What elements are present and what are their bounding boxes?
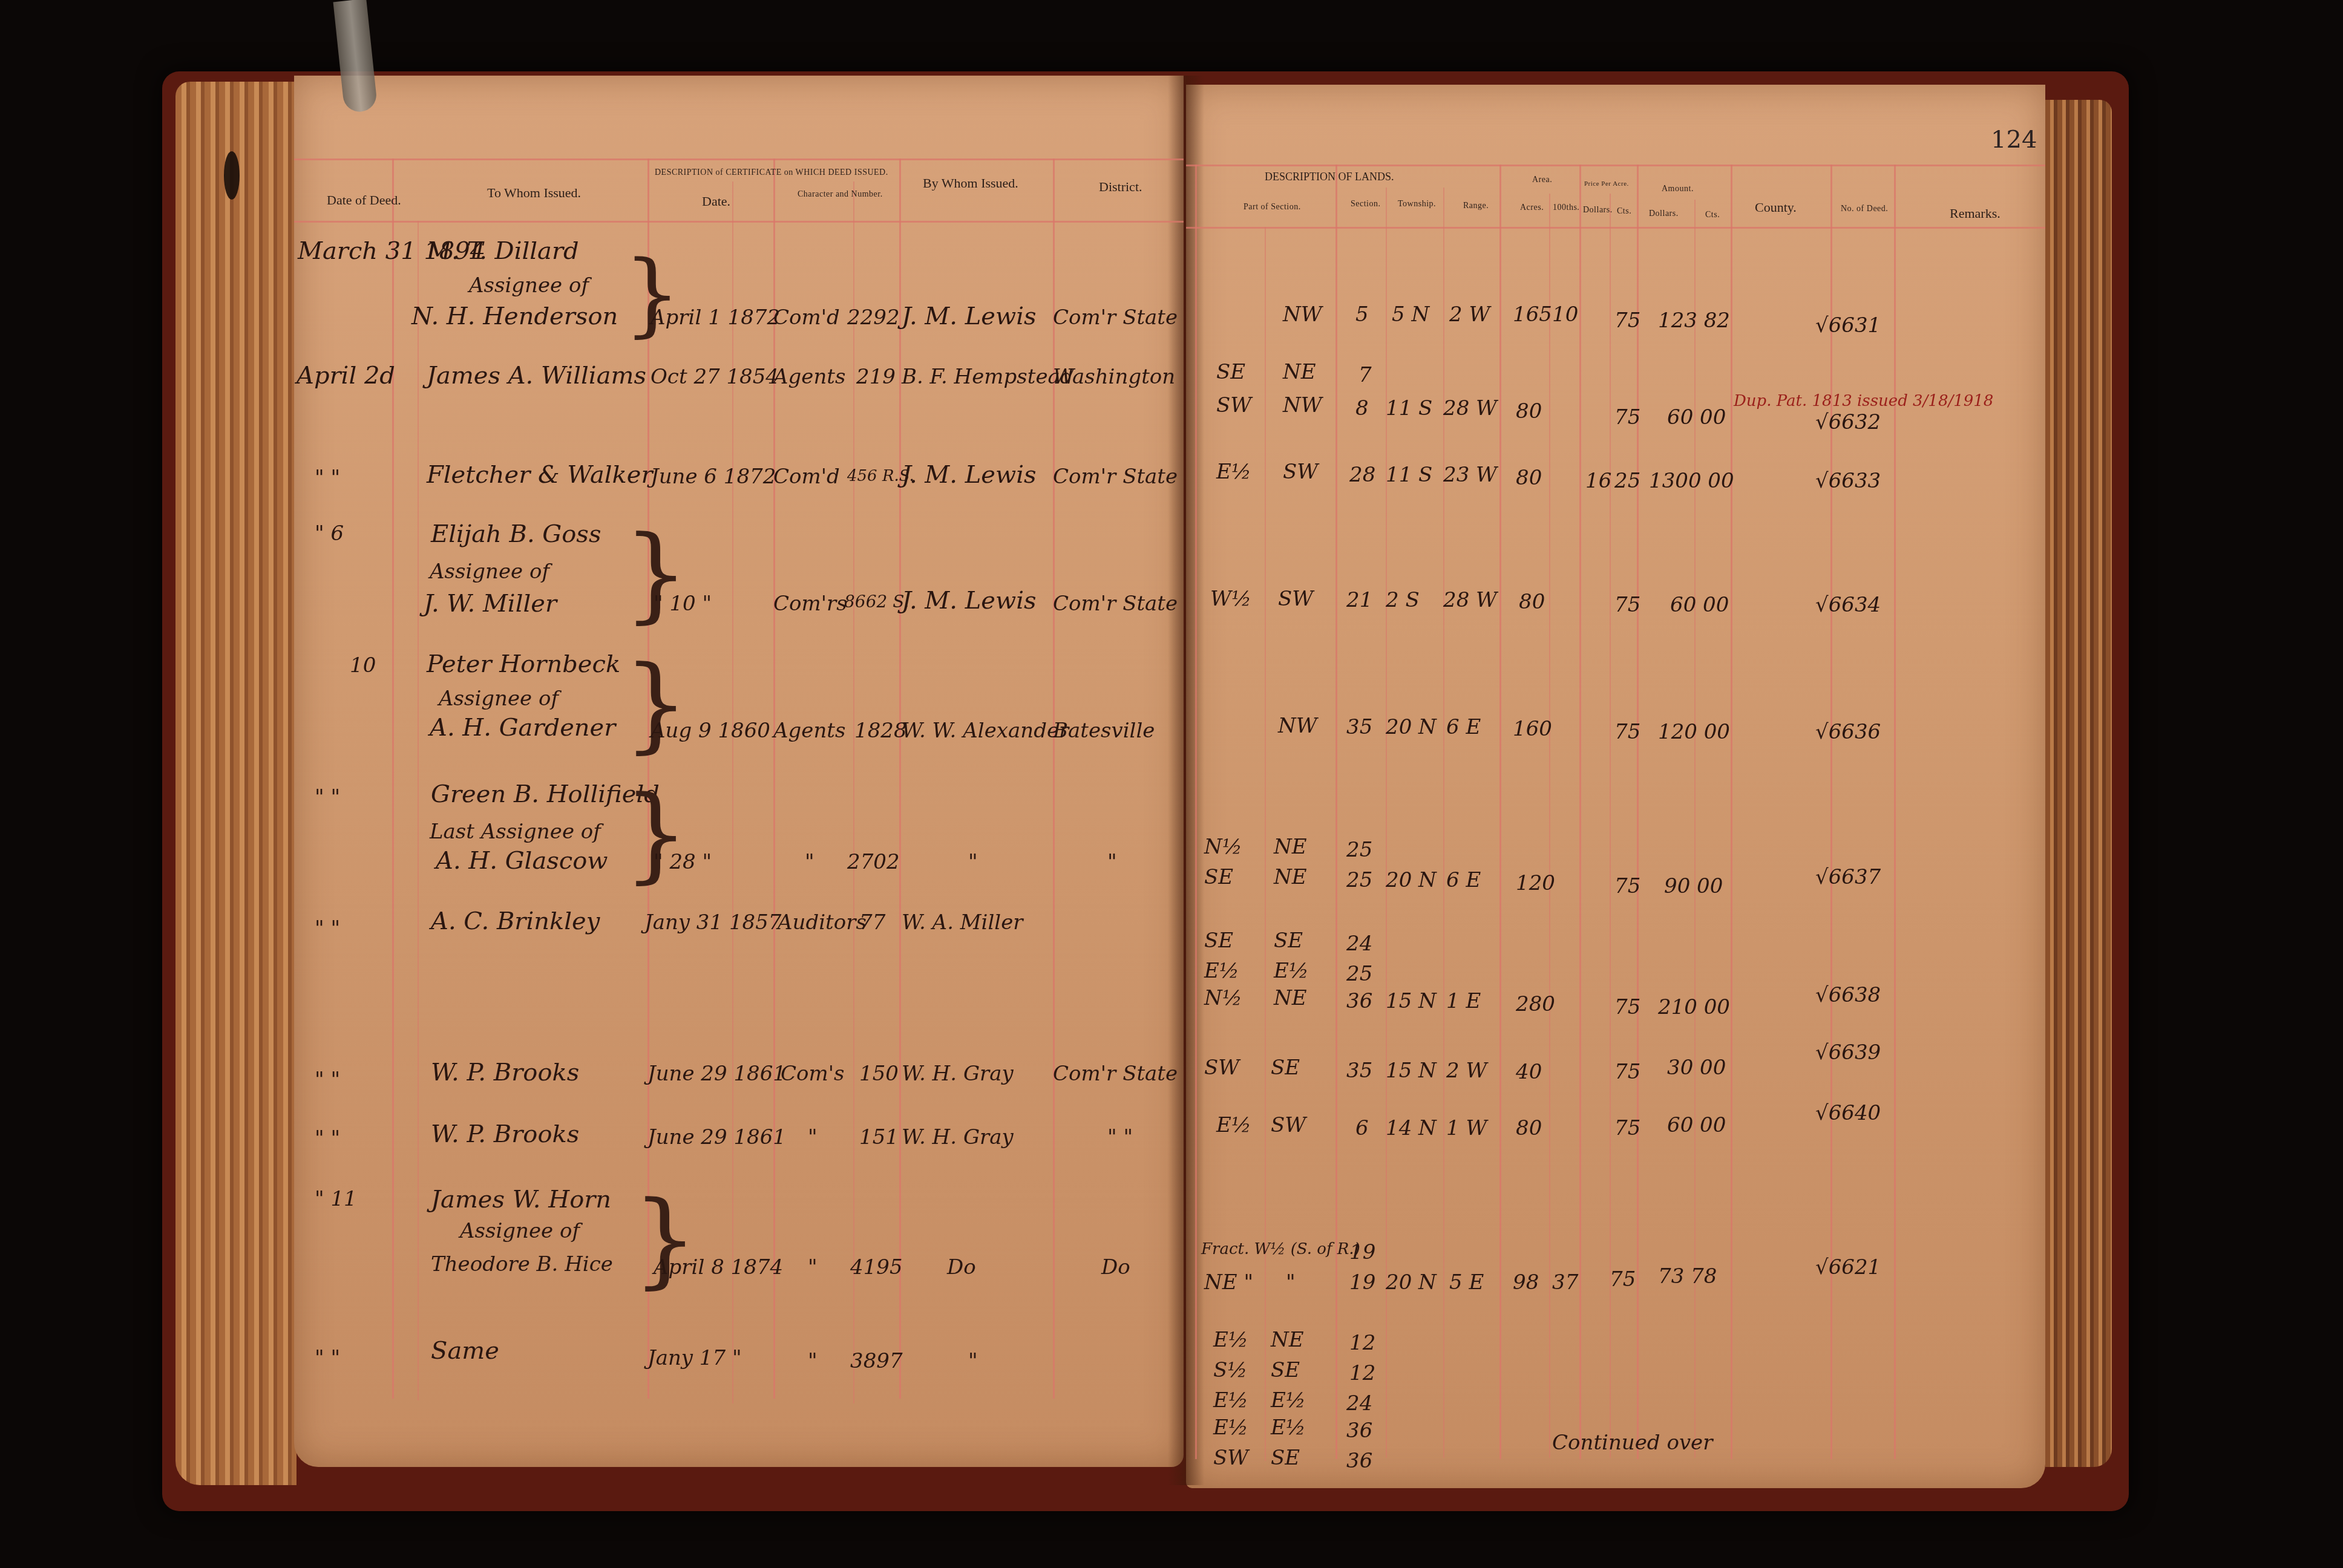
entry-district: Com'r State <box>1053 592 1178 616</box>
land-quarter: SW <box>1278 587 1313 611</box>
entry-district: Com'r State <box>1053 1062 1178 1086</box>
land-quarter: NE <box>1274 835 1307 859</box>
entry-grantee: Elijah B. Goss <box>431 520 601 548</box>
header-character-number: Character and Number. <box>798 190 883 200</box>
land-quarter: " <box>1286 1270 1296 1295</box>
entry-number: 219 <box>856 365 896 389</box>
entry-date-of-deed: " " <box>315 466 340 490</box>
header-to-whom-issued: To Whom Issued. <box>487 185 581 201</box>
entry-date-of-deed: " " <box>315 1346 340 1370</box>
land-part: SW <box>1213 1446 1248 1470</box>
header-amount-cents: Cts. <box>1705 211 1720 220</box>
entry-cert-date: June 29 1861 <box>647 1062 786 1086</box>
header-remarks: Remarks. <box>1950 206 2001 221</box>
land-acres: 80 <box>1516 466 1542 490</box>
land-township: 2 S <box>1386 588 1420 612</box>
continued-note: Continued over <box>1552 1431 1712 1455</box>
land-range: 2 W <box>1446 1059 1487 1083</box>
land-acres: 165 <box>1513 302 1552 327</box>
land-quarter: NE <box>1283 360 1316 384</box>
amount: 90 00 <box>1664 874 1723 898</box>
price-cents: 75 <box>1610 1267 1636 1292</box>
land-section: 6 <box>1355 1116 1369 1140</box>
land-acres: 80 <box>1519 590 1545 614</box>
entry-issued-by: B. F. Hempstead <box>902 365 1073 389</box>
entry-cert-date: Jany 17 " <box>647 1346 742 1370</box>
land-acres: 120 <box>1516 871 1555 895</box>
header-district: District. <box>1099 179 1142 195</box>
header-bottom-rule <box>1186 227 2045 229</box>
land-section: 25 <box>1346 838 1372 862</box>
land-quarter: SE <box>1274 929 1303 953</box>
land-acres: 280 <box>1516 992 1555 1016</box>
entry-cert-date: June 6 1872 <box>650 465 776 489</box>
land-section: 12 <box>1349 1361 1375 1385</box>
entry-date-of-deed: 10 <box>350 653 376 678</box>
entry-district: Com'r State <box>1053 305 1178 330</box>
entry-number: 2702 <box>847 850 900 874</box>
col-rule <box>1335 165 1337 1459</box>
land-section: 35 <box>1346 715 1372 739</box>
land-part: NE " <box>1204 1270 1253 1295</box>
header-top-rule <box>294 158 1184 160</box>
header-amount-dollars: Dollars. <box>1649 209 1679 219</box>
entry-issued-by: " <box>968 1349 978 1373</box>
entry-grantee-line: Last Assignee of <box>430 820 601 844</box>
entry-grantee-line: J. W. Miller <box>424 590 557 618</box>
header-description-lands: DESCRIPTION OF LANDS. <box>1265 171 1394 183</box>
entry-number: 1828 <box>854 719 907 743</box>
entry-character: Com's <box>781 1062 845 1086</box>
header-price-cents: Cts. <box>1617 207 1631 217</box>
entry-grantee: Fletcher & Walker <box>427 461 653 489</box>
land-part: SE <box>1204 929 1233 953</box>
left-page-stack <box>175 82 297 1485</box>
land-quarter: NE <box>1274 986 1307 1010</box>
land-section: 19 <box>1349 1240 1375 1264</box>
entry-district: Com'r State <box>1053 465 1178 489</box>
land-quarter: NW <box>1283 302 1322 327</box>
entry-date-of-deed: " " <box>315 1068 340 1092</box>
col-rule <box>1195 165 1197 1459</box>
entry-number: 3897 <box>850 1349 903 1373</box>
land-quarter: SE <box>1271 1056 1300 1080</box>
price-cents: 75 <box>1614 720 1640 744</box>
land-quarter: SW <box>1283 460 1318 484</box>
col-rule <box>1443 188 1444 1458</box>
entry-cert-date: " 10 " <box>654 592 712 616</box>
land-part: E½ <box>1216 460 1251 484</box>
land-quarter: NW <box>1278 714 1317 738</box>
header-section: Section. <box>1351 200 1381 209</box>
entry-grantee: James W. Horn <box>431 1186 611 1214</box>
land-part: E½ <box>1216 1113 1251 1137</box>
entry-grantee: Peter Hornbeck <box>427 650 620 678</box>
remark-red-ink: Dup. Pat. 1813 issued 3/18/1918 <box>1734 392 1993 410</box>
land-acres: 40 <box>1516 1060 1542 1084</box>
land-range: 6 E <box>1446 715 1481 739</box>
price-cents: 75 <box>1614 405 1640 430</box>
amount: 120 00 <box>1658 720 1730 744</box>
deed-number: √6639 <box>1815 1040 1881 1065</box>
land-section: 7 <box>1358 363 1372 387</box>
land-quarter: NW <box>1283 393 1322 417</box>
entry-issued-by: W. H. Gray <box>902 1062 1014 1086</box>
land-quarter: NE <box>1271 1328 1304 1352</box>
entry-date-of-deed: April 2d <box>297 362 395 390</box>
land-quarter: SE <box>1271 1446 1300 1470</box>
land-acres: 80 <box>1516 399 1542 423</box>
price-cents: 75 <box>1614 1116 1640 1140</box>
entry-cert-date: April 8 1874 <box>654 1255 783 1279</box>
land-section: 24 <box>1346 1391 1372 1416</box>
entry-grantee: M. T. Dillard <box>427 237 579 265</box>
land-part: SE <box>1216 360 1245 384</box>
price-cents: 75 <box>1614 593 1640 617</box>
land-part: E½ <box>1204 959 1239 983</box>
amount: 30 00 <box>1667 1056 1726 1080</box>
amount: 1300 00 <box>1649 469 1734 493</box>
entry-issued-by: J. M. Lewis <box>902 587 1037 615</box>
entry-district: " " <box>1107 1125 1133 1149</box>
land-township: 5 N <box>1392 302 1429 327</box>
header-by-whom-issued: By Whom Issued. <box>923 175 1018 191</box>
entry-cert-date: June 29 1861 <box>647 1125 786 1149</box>
land-section: 12 <box>1349 1331 1375 1355</box>
land-quarter: SW <box>1271 1113 1306 1137</box>
land-section: 24 <box>1346 932 1372 956</box>
land-hundredths: 10 <box>1552 302 1578 327</box>
land-acres: 98 <box>1513 1270 1539 1295</box>
land-quarter: E½ <box>1274 959 1309 983</box>
land-part: S½ <box>1213 1358 1247 1382</box>
entry-character: Agents <box>773 719 845 743</box>
book-gutter <box>1168 76 1204 1485</box>
entry-cert-date: Oct 27 1854 <box>650 365 779 389</box>
land-part: SW <box>1204 1056 1239 1080</box>
entry-grantee-line: Assignee of <box>460 1219 580 1243</box>
land-quarter: NE <box>1274 865 1307 889</box>
price-cents: 75 <box>1614 1060 1640 1084</box>
bracket: } <box>623 242 681 347</box>
deed-number: √6640 <box>1815 1101 1881 1125</box>
amount: 123 82 <box>1658 309 1730 333</box>
col-rule <box>1637 165 1639 1459</box>
land-section: 36 <box>1346 1419 1372 1443</box>
header-price-group: Price Per Acre. <box>1584 180 1629 188</box>
entry-character: Com'rs <box>773 592 847 616</box>
header-township: Township. <box>1398 200 1436 209</box>
right-page-stack <box>2045 100 2112 1467</box>
col-rule <box>1053 158 1055 1399</box>
entry-issued-by: W. W. Alexander <box>902 719 1069 743</box>
land-section: 8 <box>1355 396 1369 420</box>
land-part: E½ <box>1213 1416 1248 1440</box>
land-part: N½ <box>1204 986 1242 1010</box>
entry-character: " <box>808 1255 818 1279</box>
header-no-of-deed: No. of Deed. <box>1841 204 1888 214</box>
land-part: E½ <box>1213 1388 1248 1413</box>
deed-number: √6638 <box>1815 983 1881 1007</box>
entry-grantee: Same <box>431 1337 499 1365</box>
col-rule <box>1499 165 1501 1459</box>
land-part: N½ <box>1204 835 1242 859</box>
bracket: } <box>623 514 689 634</box>
entry-grantee: W. P. Brooks <box>431 1059 579 1086</box>
entry-issued-by: W. A. Miller <box>902 910 1023 935</box>
entry-character: Auditors <box>778 910 867 935</box>
entry-number: 77 <box>859 910 885 935</box>
entry-number: 150 <box>859 1062 899 1086</box>
amount: 210 00 <box>1658 995 1730 1019</box>
col-rule <box>1894 165 1896 1459</box>
land-township: 11 S <box>1386 463 1432 487</box>
entry-date-of-deed: " 11 <box>315 1187 357 1211</box>
price-cents: 25 <box>1614 469 1640 493</box>
col-rule <box>1731 165 1732 1459</box>
land-acres: 80 <box>1516 1116 1542 1140</box>
entry-number: 2292 <box>847 305 900 330</box>
header-county: County. <box>1755 200 1797 215</box>
deed-number: √6637 <box>1815 865 1881 889</box>
header-part-of-section: Part of Section. <box>1244 203 1301 212</box>
land-section: 5 <box>1355 302 1369 327</box>
page-number: 124 <box>1991 126 2037 154</box>
entry-grantee-line: N. H. Henderson <box>411 302 618 330</box>
land-section: 28 <box>1349 463 1375 487</box>
land-range: 28 W <box>1443 396 1497 420</box>
entry-grantee-line: A. H. Glascow <box>436 847 608 875</box>
deed-number: √6636 <box>1815 720 1881 744</box>
entry-number: 4195 <box>850 1255 903 1279</box>
col-rule <box>773 158 775 1399</box>
entry-cert-date: " 28 " <box>654 850 712 874</box>
price-dollars: 16 <box>1585 469 1611 493</box>
land-range: 28 W <box>1443 588 1497 612</box>
entry-date-of-deed: " 6 <box>315 521 344 546</box>
header-amount-group: Amount. <box>1662 185 1694 194</box>
land-township: 11 S <box>1386 396 1432 420</box>
entry-grantee-line: Theodore B. Hice <box>431 1252 613 1276</box>
bracket: } <box>623 774 689 894</box>
land-township: 14 N <box>1386 1116 1437 1140</box>
col-rule <box>392 158 394 1399</box>
entry-character: Com'd <box>773 465 840 489</box>
land-hundredths: 37 <box>1552 1270 1578 1295</box>
land-township: 15 N <box>1386 1059 1437 1083</box>
amount: 60 00 <box>1670 593 1729 617</box>
entry-grantee-line: Assignee of <box>430 560 549 584</box>
amount: 60 00 <box>1667 1113 1726 1137</box>
land-quarter: SE <box>1271 1358 1300 1382</box>
entry-district: " <box>1107 850 1117 874</box>
land-acres: 160 <box>1513 717 1552 741</box>
entry-district: Washington <box>1053 365 1175 389</box>
land-range: 6 E <box>1446 868 1481 892</box>
bracket: } <box>632 1180 698 1299</box>
land-section: 25 <box>1346 868 1372 892</box>
header-price-dollars: Dollars. <box>1583 206 1613 215</box>
amount: 73 78 <box>1658 1264 1717 1289</box>
deed-number: √6631 <box>1815 313 1881 338</box>
entry-issued-by: Do <box>947 1255 976 1279</box>
entry-grantee: W. P. Brooks <box>431 1120 579 1148</box>
bracket: } <box>623 644 689 764</box>
land-quarter: E½ <box>1271 1388 1306 1413</box>
entry-character: Com'd <box>773 305 840 330</box>
land-range: 1 E <box>1446 989 1481 1013</box>
land-part: W½ <box>1210 587 1251 611</box>
entry-grantee-line: A. H. Gardener <box>430 714 615 742</box>
entry-date-of-deed: " " <box>315 785 340 809</box>
land-quarter: E½ <box>1271 1416 1306 1440</box>
land-township: 15 N <box>1386 989 1437 1013</box>
deed-number: √6634 <box>1815 593 1881 617</box>
land-township: 20 N <box>1386 1270 1437 1295</box>
header-acres: Acres. <box>1520 203 1544 213</box>
price-cents: 75 <box>1614 995 1640 1019</box>
header-cert-date: Date. <box>702 194 730 209</box>
col-rule <box>853 181 854 1403</box>
col-rule <box>1579 165 1581 1459</box>
land-range: 1 W <box>1446 1116 1487 1140</box>
deed-number: √6632 <box>1815 410 1881 434</box>
col-rule <box>899 158 901 1399</box>
deed-number: √6633 <box>1815 469 1881 493</box>
entry-cert-date: Aug 9 1860 <box>650 719 770 743</box>
entry-cert-date: April 1 1872 <box>650 305 780 330</box>
land-section: 36 <box>1346 1449 1372 1473</box>
land-section: 36 <box>1346 989 1372 1013</box>
price-cents: 75 <box>1614 874 1640 898</box>
land-township: 20 N <box>1386 868 1437 892</box>
header-area-group: Area. <box>1532 175 1552 185</box>
entry-character: Agents <box>773 365 845 389</box>
entry-grantee: James A. Williams <box>427 362 646 390</box>
entry-district: Do <box>1101 1255 1130 1279</box>
entry-date-of-deed: " " <box>315 1126 340 1151</box>
entry-cert-date: Jany 31 1857 <box>644 910 781 935</box>
land-range: 5 E <box>1449 1270 1484 1295</box>
entry-issued-by: W. H. Gray <box>902 1125 1014 1149</box>
header-certificate-group: DESCRIPTION of CERTIFICATE on WHICH DEED… <box>655 168 888 178</box>
ink-blot <box>224 151 240 200</box>
entry-issued-by: J. M. Lewis <box>902 302 1037 330</box>
entry-character: " <box>808 1125 818 1149</box>
header-date-of-deed: Date of Deed. <box>327 192 401 208</box>
amount: 60 00 <box>1667 405 1726 430</box>
col-rule <box>1265 227 1266 1461</box>
land-range: 23 W <box>1443 463 1497 487</box>
entry-district: Batesville <box>1053 719 1155 743</box>
land-part: SE <box>1204 865 1233 889</box>
land-part: SW <box>1216 393 1251 417</box>
entry-character: " <box>808 1349 818 1373</box>
header-range: Range. <box>1463 201 1489 211</box>
entry-issued-by: J. M. Lewis <box>902 461 1037 489</box>
land-section: 21 <box>1346 588 1372 612</box>
header-top-rule <box>1186 165 2045 166</box>
land-township: 20 N <box>1386 715 1437 739</box>
land-section: 35 <box>1346 1059 1372 1083</box>
entry-grantee-line: Assignee of <box>469 273 589 298</box>
col-rule <box>1386 188 1387 1458</box>
land-section: 25 <box>1346 962 1372 986</box>
land-section: 19 <box>1349 1270 1375 1295</box>
land-part: E½ <box>1213 1328 1248 1352</box>
col-rule <box>418 221 419 1400</box>
deed-number: √6621 <box>1815 1255 1881 1279</box>
land-part: Fract. W½ (S. of R.) <box>1201 1240 1360 1258</box>
entry-date-of-deed: " " <box>315 916 340 941</box>
header-hundredths: 100ths. <box>1553 203 1579 213</box>
entry-grantee-line: Assignee of <box>439 687 559 711</box>
col-rule <box>1549 194 1550 1458</box>
entry-number: 8662 S. <box>844 592 909 612</box>
land-range: 2 W <box>1449 302 1490 327</box>
entry-grantee: A. C. Brinkley <box>431 907 600 935</box>
entry-character: " <box>805 850 814 874</box>
entry-number: 151 <box>859 1125 899 1149</box>
entry-issued-by: " <box>968 850 978 874</box>
price-cents: 75 <box>1614 309 1640 333</box>
header-bottom-rule <box>294 221 1184 223</box>
